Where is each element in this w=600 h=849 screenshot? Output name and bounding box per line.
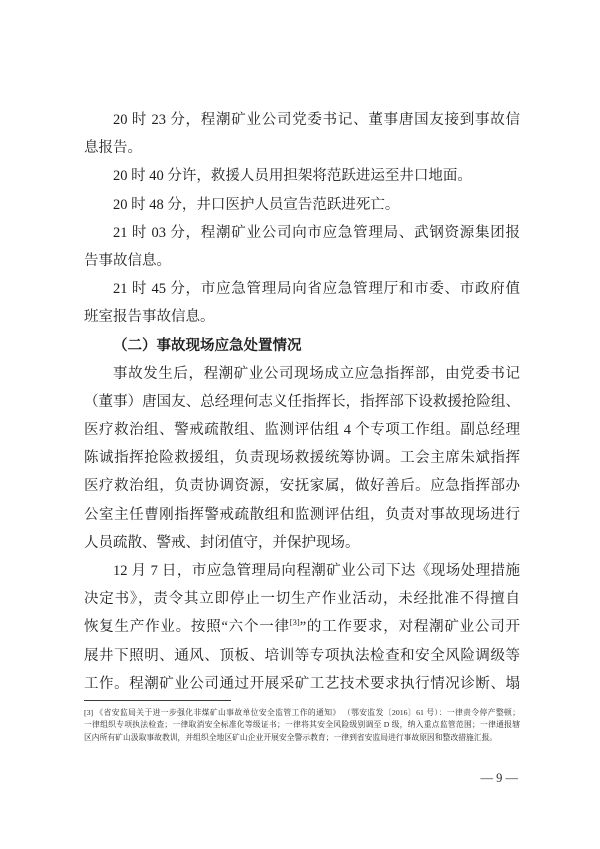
body-line: 展井下照明、通风、顶板、培训等专项执法检查和安全风险调级等 [84,642,520,670]
body-line: 20 时 40 分许，救援人员用担架将范跃进运至井口地面。 [84,162,520,190]
body-line: 陈诚指挥抢险救援组，负责现场救援统筹协调。工会主席朱斌指挥 [84,444,520,472]
section-heading: （二）事故现场应急处置情况 [84,332,520,360]
footnote-separator [84,700,231,701]
body-line-segment: ”的工作要求，对程潮矿业公司开 [300,619,520,635]
body-line: 公室主任曹刚指挥警戒疏散组和监测评估组，负责对事故现场进行 [84,501,520,529]
footnote-line: 区内所有矿山汲取事故教训，并组织全地区矿山企业开展安全警示教育；一律到省安监局进… [84,732,520,744]
body-line: 人员疏散、警戒、封闭值守，并保护现场。 [84,529,520,557]
body-line-with-footnote-ref: 恢复生产作业。按照“六个一律[3]”的工作要求，对程潮矿业公司开 [84,613,520,641]
document-body: 20 时 23 分，程潮矿业公司党委书记、董事唐国友接到事故信 息报告。 20 … [84,106,520,698]
body-line: 医疗救治组、警戒疏散组、监测评估组 4 个专项工作组。副总经理 [84,416,520,444]
body-line: 21 时 03 分，程潮矿业公司向市应急管理局、武钢资源集团报 [84,219,520,247]
body-line: 告事故信息。 [84,247,520,275]
body-line: 20 时 48 分，井口医护人员宣告范跃进死亡。 [84,191,520,219]
page-number: — 9 — [481,770,519,786]
body-line: 21 时 45 分，市应急管理局向省应急管理厅和市委、市政府值 [84,275,520,303]
body-line: 12 月 7 日，市应急管理局向程潮矿业公司下达《现场处理措施 [84,557,520,585]
body-line: 事故发生后，程潮矿业公司现场成立应急指挥部，由党委书记 [84,360,520,388]
body-line: 工作。程潮矿业公司通过开展采矿工艺技术要求执行情况诊断、塌 [84,670,520,698]
body-line: 班室报告事故信息。 [84,303,520,331]
document-page: 20 时 23 分，程潮矿业公司党委书记、董事唐国友接到事故信 息报告。 20 … [0,0,600,849]
body-line: （董事）唐国友、总经理何志义任指挥长，指挥部下设救援抢险组、 [84,388,520,416]
body-line: 决定书》，责令其立即停止一切生产作业活动，未经批准不得擅自 [84,585,520,613]
body-line: 息报告。 [84,134,520,162]
body-line: 医疗救治组，负责协调资源，安抚家属，做好善后。应急指挥部办 [84,472,520,500]
body-line-segment: 恢复生产作业。按照“六个一律 [84,619,290,635]
footnote-line: [3] 《省安监局关于进一步强化非煤矿山事故单位安全监管工作的通知》 （鄂安监发… [84,707,520,719]
footnote-ref-marker: [3] [290,618,300,628]
footnote-area: [3] 《省安监局关于进一步强化非煤矿山事故单位安全监管工作的通知》 （鄂安监发… [84,700,520,744]
body-line: 20 时 23 分，程潮矿业公司党委书记、董事唐国友接到事故信 [84,106,520,134]
footnote-line: 一律组织专项执法检查；一律取消安全标准化等级证书；一律将其安全风险级别调至 D … [84,719,520,731]
